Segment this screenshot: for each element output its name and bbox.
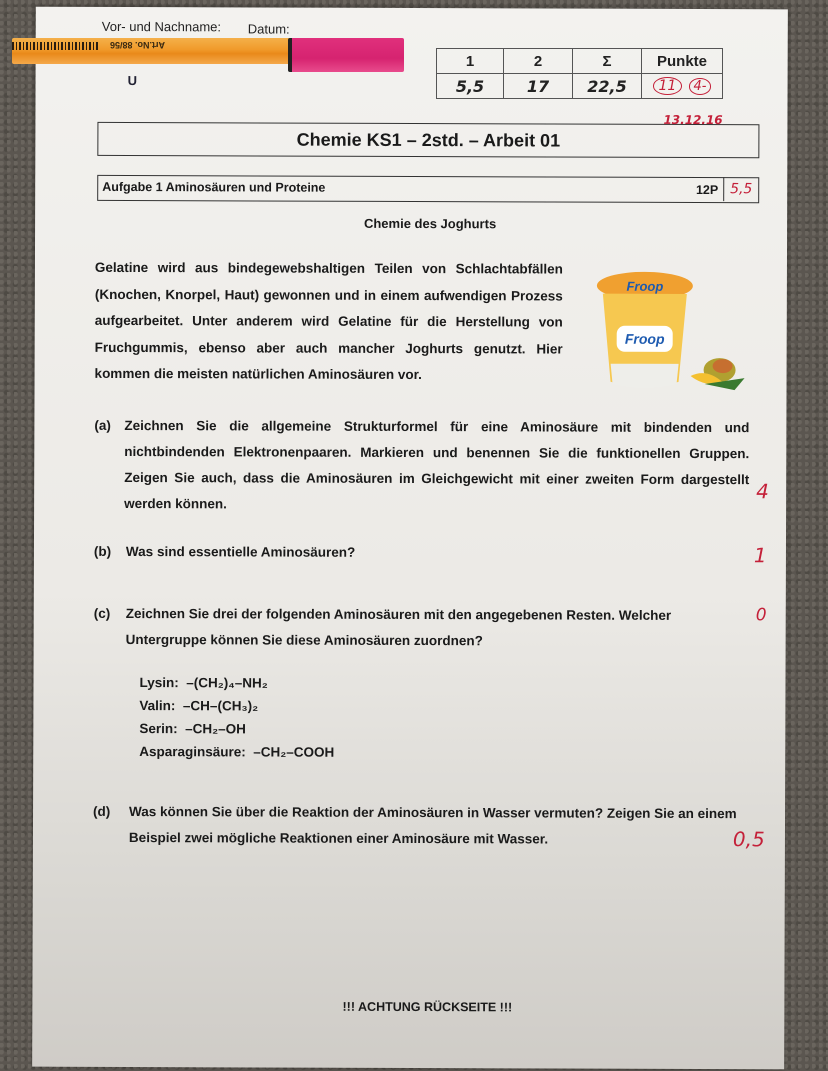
exam-sheet: Vor- und Nachname: Datum: U Chemie KS1 –… (32, 7, 788, 1070)
footer-warning: !!! ACHTUNG RÜCKSEITE !!! (32, 999, 822, 1016)
pen: Art.No. 88/56 (12, 38, 294, 64)
question-a-score: 4 (756, 479, 769, 503)
amino-acid-asparaginsaeure: Asparaginsäure: –CH₂–COOH (139, 740, 334, 764)
date-label: Datum: (248, 21, 290, 36)
task-score: 5,5 (724, 177, 758, 201)
question-b-text: Was sind essentielle Aminosäuren? (126, 539, 726, 567)
grade-table-header-row: 1 2 Σ Punkte (437, 49, 723, 74)
grade-value-1: 5,5 (437, 74, 504, 99)
question-c-score: 0 (756, 605, 767, 625)
question-b-score: 1 (754, 543, 767, 567)
svg-text:Froop: Froop (626, 279, 663, 294)
task-max-points: 12P (696, 183, 718, 197)
amino-acid-serin: Serin: –CH₂–OH (139, 717, 334, 741)
grade-circled: 4- (689, 78, 712, 95)
question-d-text: Was können Sie über die Reaktion der Ami… (129, 799, 749, 853)
exam-title-box: Chemie KS1 – 2std. – Arbeit 01 (97, 122, 759, 158)
name-mark: U (128, 73, 137, 88)
question-a-label: (a) (94, 413, 111, 439)
handwritten-date: 13.12.16 (663, 113, 722, 127)
question-d-score: 0,5 (733, 827, 765, 851)
pen-article-number: Art.No. 88/56 (110, 40, 165, 50)
amino-acid-valin: Valin: –CH–(CH₃)₂ (139, 694, 334, 718)
grade-header-1: 1 (437, 49, 504, 74)
grade-value-2: 17 (504, 74, 573, 99)
grade-table: 1 2 Σ Punkte 5,5 17 22,5 11 4- (436, 48, 723, 99)
points-circled: 11 (653, 77, 683, 95)
task-score-cell: 5,5 (723, 177, 758, 201)
intro-paragraph: Gelatine wird aus bindegewebshaltigen Te… (95, 255, 563, 389)
froop-logo: Froop (625, 331, 665, 347)
grade-header-2: 2 (504, 49, 573, 74)
task-title: Aufgabe 1 Aminosäuren und Proteine (102, 180, 325, 195)
exam-title: Chemie KS1 – 2std. – Arbeit 01 (98, 123, 758, 157)
grade-header-points: Punkte (642, 49, 723, 74)
pen-barcode (12, 42, 98, 50)
question-c-label: (c) (94, 601, 111, 627)
question-a-text: Zeichnen Sie die allgemeine Strukturform… (124, 413, 749, 519)
yogurt-image: Froop Froop (594, 264, 754, 400)
question-d-label: (d) (93, 799, 110, 825)
grade-table-values-row: 5,5 17 22,5 11 4- (437, 74, 723, 99)
grade-value-points: 11 4- (642, 74, 723, 99)
task-subtitle: Chemie des Joghurts (35, 215, 825, 233)
grade-value-sum: 22,5 (573, 74, 642, 99)
amino-acid-list: Lysin: –(CH₂)₄–NH₂ Valin: –CH–(CH₃)₂ Ser… (139, 671, 334, 764)
grade-header-sum: Σ (573, 49, 642, 74)
amino-acid-lysin: Lysin: –(CH₂)₄–NH₂ (139, 671, 334, 695)
question-b-label: (b) (94, 544, 111, 559)
question-c-text: Zeichnen Sie drei der folgenden Aminosäu… (126, 601, 706, 655)
pen-cap (288, 38, 404, 72)
name-label: Vor- und Nachname: (102, 19, 221, 34)
task-header-box: Aufgabe 1 Aminosäuren und Proteine 12P 5… (97, 175, 759, 203)
